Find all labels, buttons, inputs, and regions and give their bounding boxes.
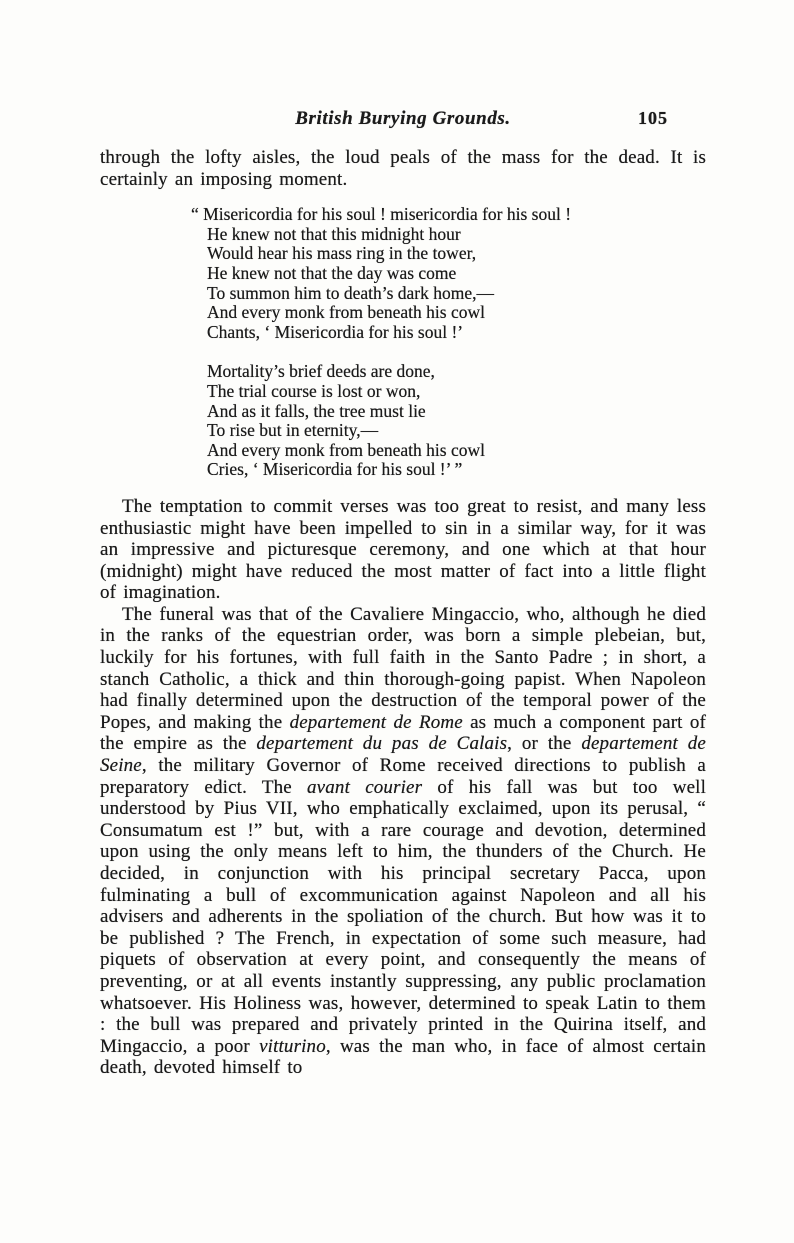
poem-line: And every monk from beneath his cowl xyxy=(207,441,687,461)
poem-line: Mortality’s brief deeds are done, xyxy=(207,362,687,382)
poem-line: And as it falls, the tree must lie xyxy=(207,402,687,422)
running-header-title: British Burying Grounds. xyxy=(295,108,511,129)
running-header: British Burying Grounds. 105 xyxy=(100,108,706,136)
poem-line: He knew not that the day was come xyxy=(207,264,687,284)
poem-line: Chants, ‘ Misericordia for his soul !’ xyxy=(207,323,687,343)
poem-stanza-2: Mortality’s brief deeds are done,The tri… xyxy=(207,362,687,480)
paragraph-temptation: The temptation to commit verses was too … xyxy=(100,496,706,604)
poem-line: “ Misericordia for his soul ! misericord… xyxy=(191,205,687,225)
poem-line: To summon him to death’s dark home,— xyxy=(207,284,687,304)
poem-line: Cries, ‘ Misericordia for his soul !’ ” xyxy=(207,460,687,480)
paragraph-funeral: The funeral was that of the Cavaliere Mi… xyxy=(100,604,706,1079)
poem-line: To rise but in eternity,— xyxy=(207,421,687,441)
page-content: British Burying Grounds. 105 through the… xyxy=(100,108,706,1079)
poem-line: Would hear his mass ring in the tower, xyxy=(207,244,687,264)
page-number: 105 xyxy=(638,108,668,129)
poem-block: “ Misericordia for his soul ! misericord… xyxy=(207,205,687,480)
continuation-paragraph: through the lofty aisles, the loud peals… xyxy=(100,147,706,190)
book-page: British Burying Grounds. 105 through the… xyxy=(0,0,794,1243)
poem-line: And every monk from beneath his cowl xyxy=(207,303,687,323)
poem-line: The trial course is lost or won, xyxy=(207,382,687,402)
poem-stanza-1: “ Misericordia for his soul ! misericord… xyxy=(207,205,687,342)
poem-line: He knew not that this midnight hour xyxy=(207,225,687,245)
